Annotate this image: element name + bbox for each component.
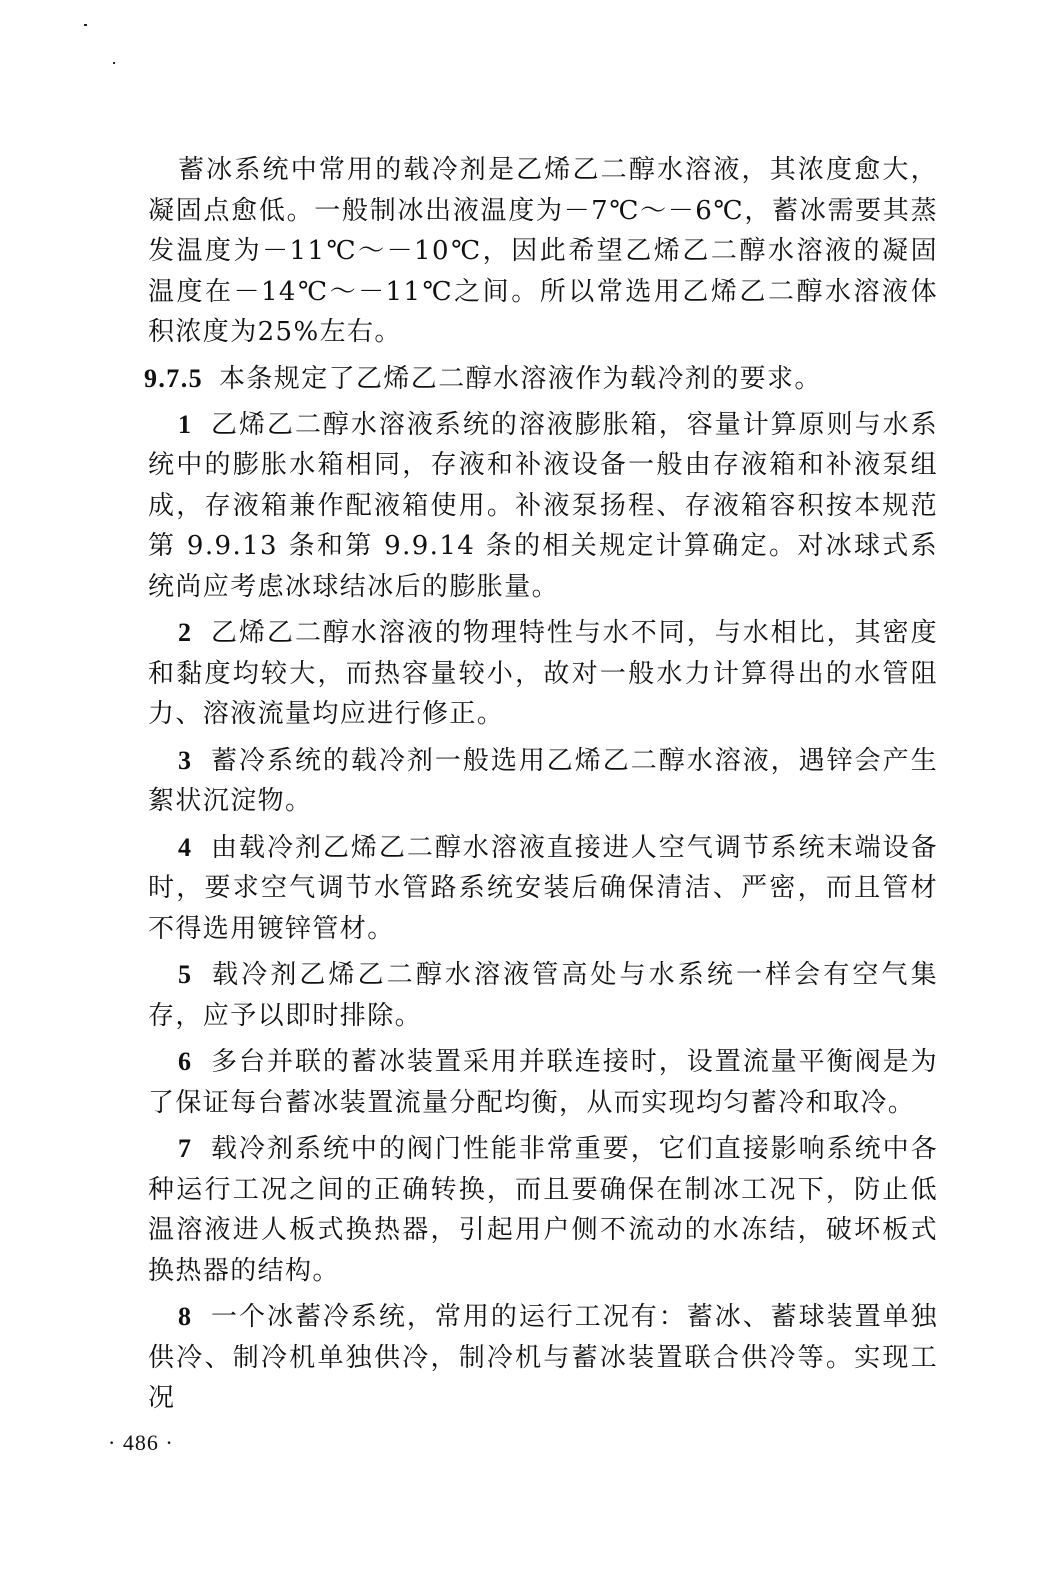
list-item: 8一个冰蓄冷系统，常用的运行工况有：蓄冰、蓄球装置单独供冷、制冷机单独供冷，制冷… <box>148 1297 938 1419</box>
item-text: 蓄冷系统的载冷剂一般选用乙烯乙二醇水溶液，遇锌会产生絮状沉淀物。 <box>148 746 938 817</box>
item-number: 2 <box>178 618 192 647</box>
item-text: 由载冷剂乙烯乙二醇水溶液直接进人空气调节系统末端设备时，要求空气调节水管路系统安… <box>148 833 938 944</box>
section-heading: 9.7.5本条规定了乙烯乙二醇水溶液作为载冷剂的要求。 <box>144 359 938 399</box>
list-item: 3蓄冷系统的载冷剂一般选用乙烯乙二醇水溶液，遇锌会产生絮状沉淀物。 <box>148 741 938 822</box>
item-text: 一个冰蓄冷系统，常用的运行工况有：蓄冰、蓄球装置单独供冷、制冷机单独供冷，制冷机… <box>148 1302 938 1413</box>
item-text: 多台并联的蓄冰装置采用并联连接时，设置流量平衡阀是为了保证每台蓄冰装置流量分配均… <box>148 1047 938 1118</box>
item-text: 乙烯乙二醇水溶液的物理特性与水不同，与水相比，其密度和黏度均较大，而热容量较小，… <box>148 618 938 729</box>
list-item: 2乙烯乙二醇水溶液的物理特性与水不同，与水相比，其密度和黏度均较大，而热容量较小… <box>148 613 938 735</box>
list-item: 5载冷剂乙烯乙二醇水溶液管高处与水系统一样会有空气集存，应予以即时排除。 <box>148 955 938 1036</box>
item-number: 6 <box>178 1047 192 1076</box>
item-number: 7 <box>178 1134 192 1163</box>
item-text: 乙烯乙二醇水溶液系统的溶液膨胀箱，容量计算原则与水系统中的膨胀水箱相同，存液和补… <box>148 410 938 602</box>
item-number: 4 <box>178 833 192 862</box>
item-number: 8 <box>178 1302 192 1331</box>
list-item: 6多台并联的蓄冰装置采用并联连接时，设置流量平衡阀是为了保证每台蓄冰装置流量分配… <box>148 1042 938 1123</box>
item-number: 5 <box>178 960 192 989</box>
list-item: 4由载冷剂乙烯乙二醇水溶液直接进人空气调节系统末端设备时，要求空气调节水管路系统… <box>148 828 938 950</box>
item-text: 载冷剂乙烯乙二醇水溶液管高处与水系统一样会有空气集存，应予以即时排除。 <box>148 960 938 1031</box>
item-number: 1 <box>178 410 192 439</box>
section-number: 9.7.5 <box>144 364 203 393</box>
scan-speck <box>84 24 87 26</box>
section-title: 本条规定了乙烯乙二醇水溶液作为载冷剂的要求。 <box>219 364 822 394</box>
intro-paragraph: 蓄冰系统中常用的载冷剂是乙烯乙二醇水溶液，其浓度愈大，凝固点愈低。一般制冰出液温… <box>148 150 938 353</box>
list-item: 1乙烯乙二醇水溶液系统的溶液膨胀箱，容量计算原则与水系统中的膨胀水箱相同，存液和… <box>148 405 938 608</box>
scan-speck <box>113 62 115 64</box>
document-page: 蓄冰系统中常用的载冷剂是乙烯乙二醇水溶液，其浓度愈大，凝固点愈低。一般制冰出液温… <box>148 150 938 1425</box>
item-text: 载冷剂系统中的阀门性能非常重要，它们直接影响系统中各种运行工况之间的正确转换，而… <box>148 1134 938 1286</box>
item-number: 3 <box>178 746 192 775</box>
page-number: · 486 · <box>108 1430 174 1456</box>
list-item: 7载冷剂系统中的阀门性能非常重要，它们直接影响系统中各种运行工况之间的正确转换，… <box>148 1129 938 1291</box>
